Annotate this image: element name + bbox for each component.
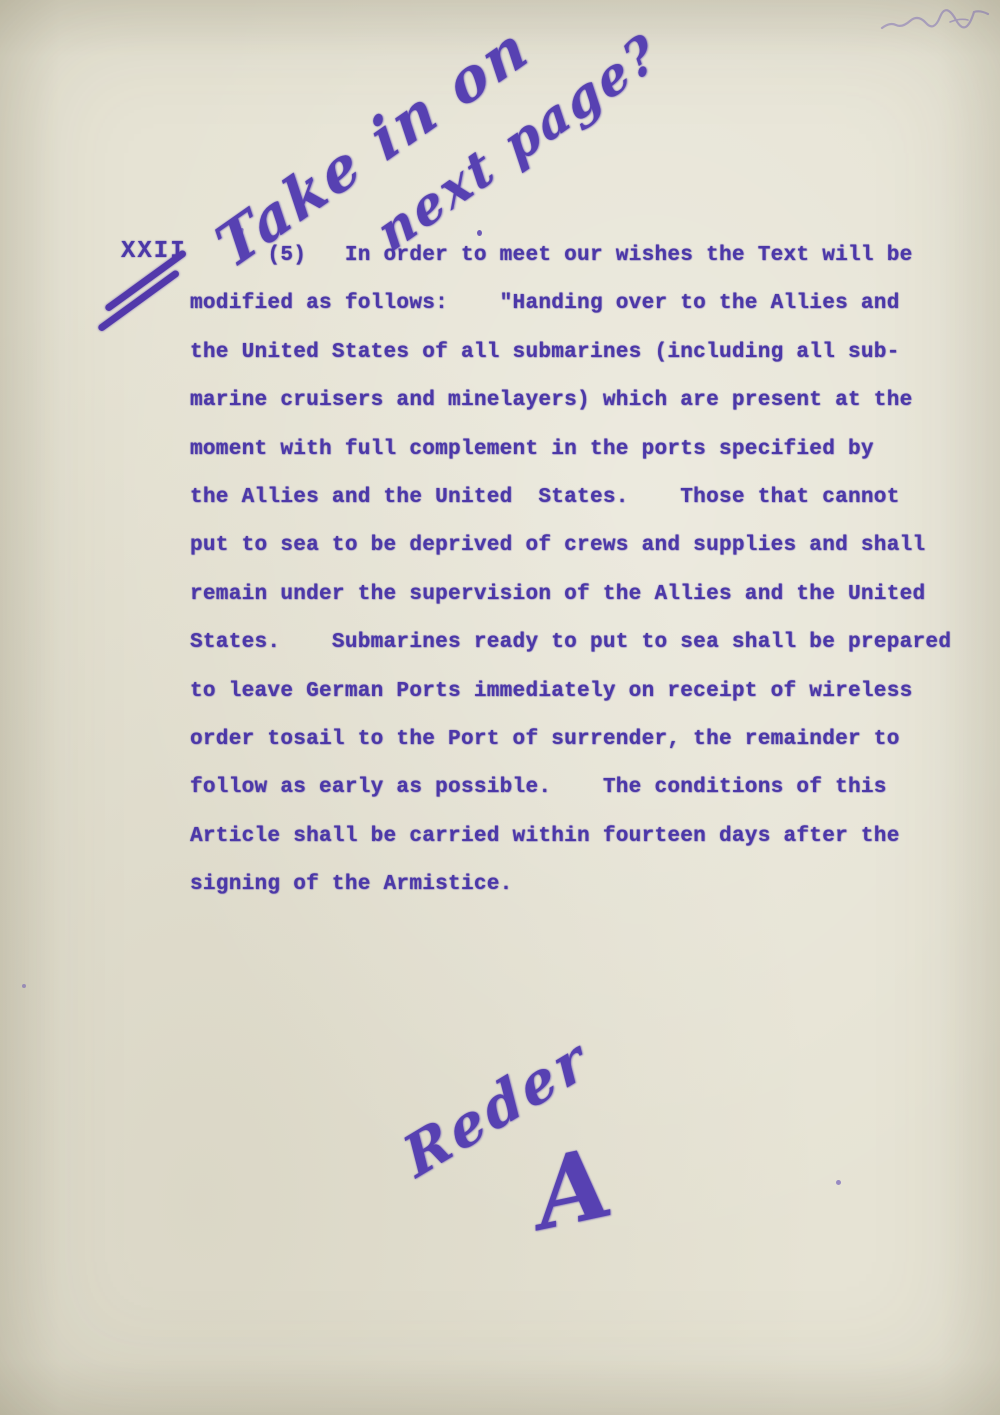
- typed-line: moment with full complement in the ports…: [190, 426, 970, 474]
- corner-scribble-mark: [880, 6, 992, 40]
- typed-line: modified as follows: "Handing over to th…: [190, 280, 970, 328]
- typed-line: to leave German Ports immediately on rec…: [190, 668, 970, 716]
- typed-line: put to sea to be deprived of crews and s…: [190, 522, 970, 570]
- handwritten-note-bottom-letter: A: [524, 1126, 620, 1252]
- typed-line: the Allies and the United States. Those …: [190, 474, 970, 522]
- typed-line: follow as early as possible. The conditi…: [190, 764, 970, 812]
- document-page: Take in on next page? XXII (5) In order …: [0, 0, 1000, 1415]
- typed-line: (5) In order to meet our wishes the Text…: [190, 232, 970, 280]
- typed-line: signing of the Armistice.: [190, 861, 970, 909]
- typed-line: order tosail to the Port of surrender, t…: [190, 716, 970, 764]
- typed-line: States. Submarines ready to put to sea s…: [190, 619, 970, 667]
- typed-line: remain under the supervision of the Alli…: [190, 571, 970, 619]
- ink-speck: [22, 984, 26, 988]
- typed-line: Article shall be carried within fourteen…: [190, 813, 970, 861]
- typed-line: the United States of all submarines (inc…: [190, 329, 970, 377]
- typed-body: (5) In order to meet our wishes the Text…: [190, 232, 970, 910]
- typed-line: marine cruisers and minelayers) which ar…: [190, 377, 970, 425]
- double-slash-mark-lower: [97, 269, 180, 332]
- ink-speck: [836, 1180, 841, 1185]
- ink-speck: [477, 230, 482, 236]
